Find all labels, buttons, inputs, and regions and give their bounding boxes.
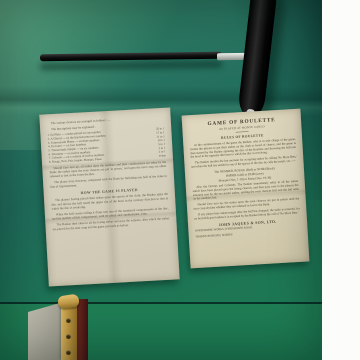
hinge-screw — [66, 318, 71, 323]
photo-green-baize-table: The various chances are arranged as foll… — [0, 0, 322, 360]
rake-head — [237, 0, 278, 119]
title-divider — [236, 131, 249, 132]
odds-table: 1. En Plein — a stake placed on one numb… — [47, 128, 166, 165]
image-white-margin — [322, 0, 360, 360]
hinge-screw — [66, 334, 71, 339]
mahogany-edge-strip — [76, 299, 88, 360]
photograph-roulette-rules: { "scene": { "surface": "green baize gam… — [0, 0, 360, 360]
hinge-screw — [66, 350, 71, 355]
rules-sheet-right: GAME OF ROULETTE AS PLAYED AT MONTE CARL… — [182, 109, 310, 269]
rules-sheet-right-content: GAME OF ROULETTE AS PLAYED AT MONTE CARL… — [182, 109, 309, 246]
rules-sheet-left-content: The various chances are arranged as foll… — [39, 107, 177, 238]
rake-handle — [40, 52, 222, 62]
rules-sheet-left: The various chances are arranged as foll… — [39, 107, 179, 286]
